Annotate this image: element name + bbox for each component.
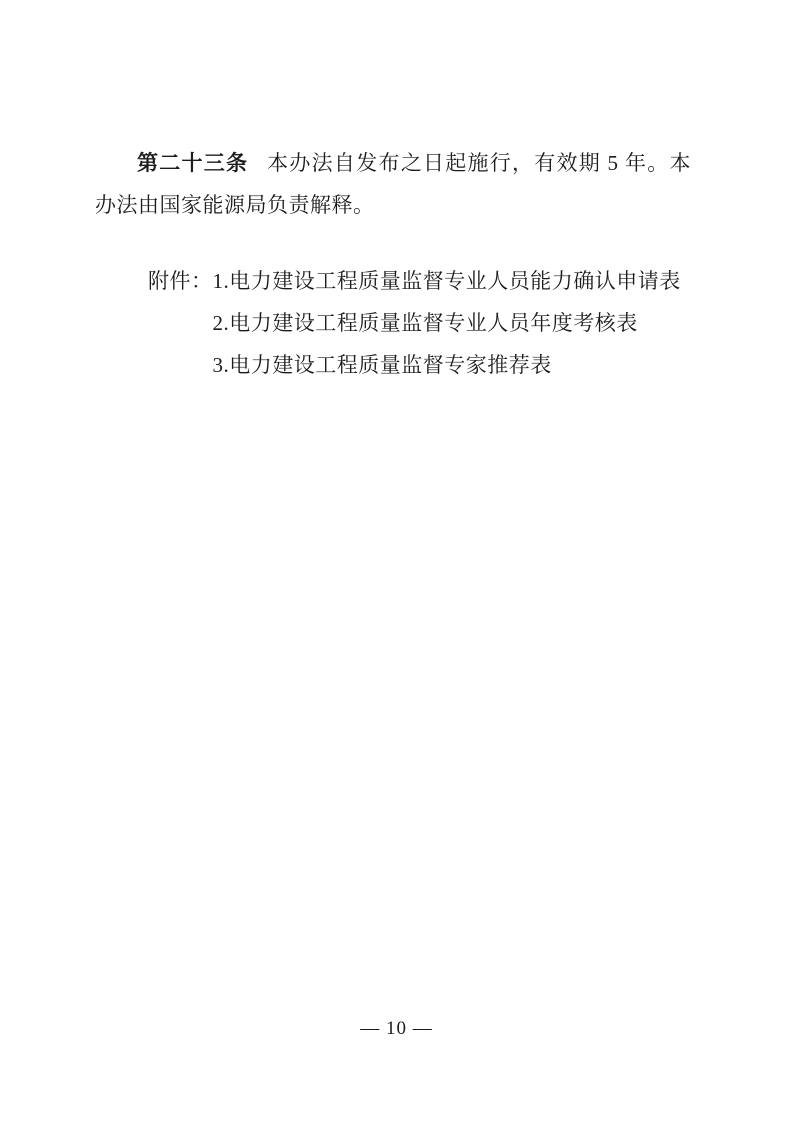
attachments-section: 附件： 1.电力建设工程质量监督专业人员能力确认申请表 2.电力建设工程质量监督… [95,260,691,386]
attachments-list: 1.电力建设工程质量监督专业人员能力确认申请表 2.电力建设工程质量监督专业人员… [213,260,692,386]
article-paragraph: 第二十三条本办法自发布之日起施行，有效期 5 年。本办法由国家能源局负责解释。 [95,142,691,226]
attachment-item: 1.电力建设工程质量监督专业人员能力确认申请表 [213,260,692,302]
page-footer: — 10 — [0,1016,793,1042]
attachment-item: 2.电力建设工程质量监督专业人员年度考核表 [213,302,692,344]
document-content: 第二十三条本办法自发布之日起施行，有效期 5 年。本办法由国家能源局负责解释。 … [95,142,691,386]
article-number: 第二十三条 [137,151,248,175]
page-number: — 10 — [360,1018,433,1039]
attachments-label: 附件： [148,260,213,302]
attachment-item: 3.电力建设工程质量监督专家推荐表 [213,344,692,386]
document-page: 第二十三条本办法自发布之日起施行，有效期 5 年。本办法由国家能源局负责解释。 … [0,0,793,1122]
